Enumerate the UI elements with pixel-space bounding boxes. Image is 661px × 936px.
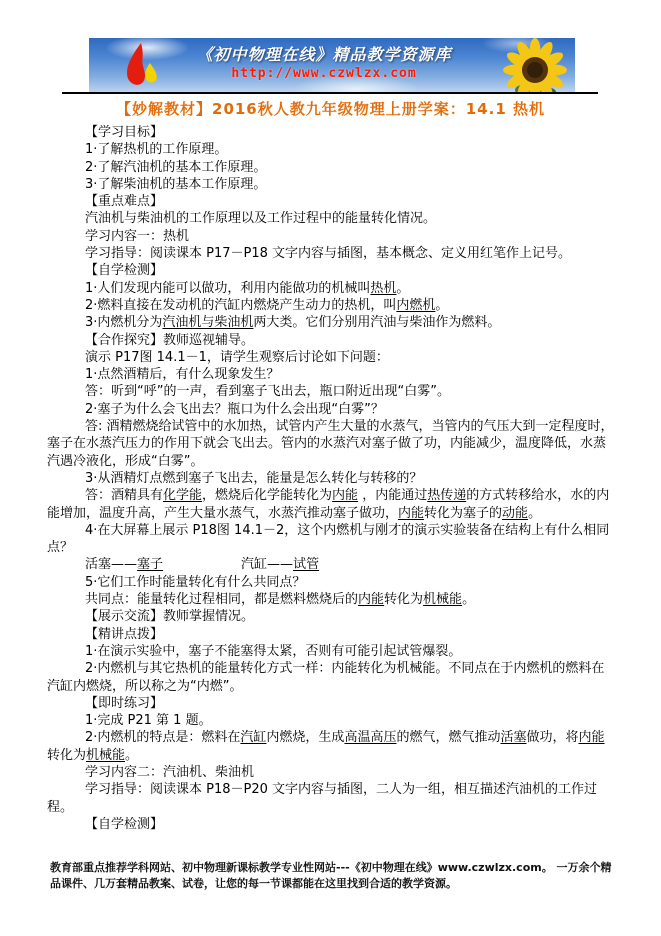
underlined-answer: 机械能 bbox=[423, 592, 462, 607]
text-segment: 3·内燃机分为 bbox=[85, 315, 162, 330]
paragraph: 演示 P17图 14.1－1，请学生观察后讨论如下问题： bbox=[47, 349, 614, 366]
text-segment: 2·了解汽油机的基本工作原理。 bbox=[85, 160, 266, 175]
text-segment: 【学习目标】 bbox=[85, 125, 163, 140]
paragraph: 学习指导：阅读课本 P18－P20 文字内容与插图，二人为一组，相互描述汽油机的… bbox=[47, 781, 614, 816]
underlined-answer: 热传递 bbox=[427, 488, 466, 503]
text-segment: 。 bbox=[528, 506, 541, 521]
paragraph: 3·从酒精灯点燃到塞子飞出去，能量是怎么转化与转移的？ bbox=[47, 470, 614, 487]
text-segment: 1·完成 P21 第 1 题。 bbox=[85, 713, 212, 728]
horizontal-rule bbox=[62, 92, 598, 94]
paragraph: 【精讲点拨】 bbox=[47, 626, 614, 643]
text-segment: 答：酒精具有 bbox=[85, 488, 163, 503]
paragraph: 学习指导：阅读课本 P17－P18 文字内容与插图，基本概念、定义用红笔作上记号… bbox=[47, 245, 614, 262]
paragraph: 2·燃料直接在发动机的汽缸内燃烧产生动力的热机，叫内燃机。 bbox=[47, 297, 614, 314]
text-segment: 做功，将 bbox=[526, 730, 578, 745]
paragraph: 2·内燃机与其它热机的能量转化方式一样：内能转化为机械能。不同点在于内燃机的燃料… bbox=[47, 660, 614, 695]
underlined-answer: 机械能 bbox=[86, 748, 125, 763]
text-segment: 。 bbox=[396, 281, 409, 296]
text-segment: 2·燃料直接在发动机的汽缸内燃烧产生动力的热机，叫 bbox=[85, 298, 396, 313]
paragraph: 【即时练习】 bbox=[47, 695, 614, 712]
page-title: 【妙解教材】2016秋人教九年级物理上册学案：14.1 热机 bbox=[0, 98, 661, 119]
underlined-answer: 活塞 bbox=[500, 730, 526, 745]
underlined-answer: 高温高压 bbox=[344, 730, 396, 745]
text-segment: 内燃烧，生成 bbox=[266, 730, 344, 745]
site-url[interactable]: http://www.czwlzx.com bbox=[159, 66, 489, 81]
paragraph: 汽油机与柴油机的工作原理以及工作过程中的能量转化情况。 bbox=[47, 210, 614, 227]
text-segment: 转化为塞子的 bbox=[424, 506, 502, 521]
text-segment: 汽油机与柴油机的工作原理以及工作过程中的能量转化情况。 bbox=[85, 211, 436, 226]
text-segment: 5·它们工作时能量转化有什么共同点？ bbox=[85, 575, 305, 590]
text-segment bbox=[163, 557, 241, 572]
text-segment: 转化为 bbox=[47, 748, 86, 763]
paragraph: 共同点：能量转化过程相同，都是燃料燃烧后的内能转化为机械能。 bbox=[47, 591, 614, 608]
paragraph: 1·在演示实验中，塞子不能塞得太紧，否则有可能引起试管爆裂。 bbox=[47, 643, 614, 660]
text-segment: 2·塞子为什么会飞出去？瓶口为什么会出现“白雾”？ bbox=[85, 402, 384, 417]
paragraph: 答：听到“呼”的一声，看到塞子飞出去，瓶口附近出现“白雾”。 bbox=[47, 383, 614, 400]
text-segment: 1·人们发现内能可以做功，利用内能做功的机械叫 bbox=[85, 281, 370, 296]
text-segment: 3·了解柴油机的基本工作原理。 bbox=[85, 177, 266, 192]
paragraph: 2·塞子为什么会飞出去？瓶口为什么会出现“白雾”？ bbox=[47, 401, 614, 418]
text-segment: 3·从酒精灯点燃到塞子飞出去，能量是怎么转化与转移的？ bbox=[85, 471, 422, 486]
underlined-answer: 动能 bbox=[502, 506, 528, 521]
paragraph: 2·内燃机的特点是：燃料在汽缸内燃烧，生成高温高压的燃气，燃气推动活塞做功，将内… bbox=[47, 729, 614, 764]
text-segment: 汽缸—— bbox=[241, 557, 293, 572]
underlined-answer: 内能 bbox=[358, 592, 384, 607]
text-segment: 【精讲点拨】 bbox=[85, 627, 163, 642]
underlined-answer: 汽缸 bbox=[240, 730, 266, 745]
underlined-answer: 内燃机 bbox=[396, 298, 435, 313]
text-segment: 共同点：能量转化过程相同，都是燃料燃烧后的 bbox=[85, 592, 358, 607]
paragraph: 【自学检测】 bbox=[47, 262, 614, 279]
text-segment: 1·在演示实验中，塞子不能塞得太紧，否则有可能引起试管爆裂。 bbox=[85, 644, 461, 659]
paragraph: 【自学检测】 bbox=[47, 816, 614, 833]
paragraph: 5·它们工作时能量转化有什么共同点？ bbox=[47, 574, 614, 591]
underlined-answer: 塞子 bbox=[137, 557, 163, 572]
paragraph: 【合作探究】教师巡视辅导。 bbox=[47, 332, 614, 349]
paragraph: 1·完成 P21 第 1 题。 bbox=[47, 712, 614, 729]
text-segment: 转化为 bbox=[384, 592, 423, 607]
document-body: 【学习目标】1·了解热机的工作原理。2·了解汽油机的基本工作原理。3·了解柴油机… bbox=[47, 124, 614, 833]
paragraph: 【重点难点】 bbox=[47, 193, 614, 210]
text-segment: 【重点难点】 bbox=[85, 194, 163, 209]
text-segment: ，内能通过 bbox=[358, 488, 427, 503]
underlined-answer: 试管 bbox=[293, 557, 319, 572]
paragraph: 答: 酒精燃烧给试管中的水加热，试管内产生大量的水蒸气，当管内的气压大到一定程度… bbox=[47, 418, 614, 470]
page-footer: 教育部重点推荐学科网站、初中物理新课标教学专业性网站---《初中物理在线》www… bbox=[50, 860, 612, 892]
text-segment: 学习指导：阅读课本 P18－P20 文字内容与插图，二人为一组，相互描述汽油机的… bbox=[47, 782, 597, 814]
paragraph: 1·人们发现内能可以做功，利用内能做功的机械叫热机。 bbox=[47, 280, 614, 297]
text-segment: 活塞—— bbox=[85, 557, 137, 572]
text-segment: 学习内容一：热机 bbox=[85, 229, 189, 244]
text-segment: 2·内燃机与其它热机的能量转化方式一样：内能转化为机械能。不同点在于内燃机的燃料… bbox=[47, 661, 604, 693]
text-segment: 1·点然酒精后，有什么现象发生？ bbox=[85, 367, 279, 382]
paragraph: 【展示交流】教师掌握情况。 bbox=[47, 608, 614, 625]
paragraph: 活塞——塞子 汽缸——试管 bbox=[47, 556, 614, 573]
paragraph: 学习内容二：汽油机、柴油机 bbox=[47, 764, 614, 781]
underlined-answer: 内能 bbox=[332, 488, 358, 503]
underlined-answer: 化学能 bbox=[163, 488, 202, 503]
underlined-answer: 热机 bbox=[370, 281, 396, 296]
paragraph: 1·点然酒精后，有什么现象发生？ bbox=[47, 366, 614, 383]
text-segment: 演示 P17图 14.1－1，请学生观察后讨论如下问题： bbox=[85, 350, 389, 365]
paragraph: 3·内燃机分为汽油机与柴油机两大类。它们分别用汽油与柴油作为燃料。 bbox=[47, 314, 614, 331]
text-segment: 1·了解热机的工作原理。 bbox=[85, 142, 227, 157]
underlined-answer: 内能 bbox=[579, 730, 605, 745]
text-segment: 两大类。它们分别用汽油与柴油作为燃料。 bbox=[253, 315, 500, 330]
text-segment: 学习内容二：汽油机、柴油机 bbox=[85, 765, 254, 780]
sunflower-icon bbox=[497, 38, 575, 92]
underlined-answer: 汽油机与柴油机 bbox=[162, 315, 253, 330]
text-segment: 【合作探究】教师巡视辅导。 bbox=[85, 333, 254, 348]
text-segment: ，燃烧后化学能转化为 bbox=[202, 488, 332, 503]
text-segment: 。 bbox=[125, 748, 138, 763]
site-banner: 《初中物理在线》精品教学资源库 http://www.czwlzx.com bbox=[89, 38, 575, 92]
text-segment: 答: 酒精燃烧给试管中的水加热，试管内产生大量的水蒸气，当管内的气压大到一定程度… bbox=[47, 419, 614, 469]
document-page: 《初中物理在线》精品教学资源库 http://www.czwlzx.com bbox=[0, 0, 661, 936]
text-segment: 学习指导：阅读课本 P17－P18 文字内容与插图，基本概念、定义用红笔作上记号… bbox=[85, 246, 571, 261]
text-segment: 2·内燃机的特点是：燃料在 bbox=[85, 730, 240, 745]
text-segment: 。 bbox=[462, 592, 475, 607]
paragraph: 学习内容一：热机 bbox=[47, 228, 614, 245]
text-segment: 答：听到“呼”的一声，看到塞子飞出去，瓶口附近出现“白雾”。 bbox=[85, 384, 450, 399]
text-segment: 【即时练习】 bbox=[85, 696, 163, 711]
text-segment: 4·在大屏幕上展示 P18图 14.1－2，这个内燃机与刚才的演示实验装备在结构… bbox=[47, 523, 609, 555]
paragraph: 4·在大屏幕上展示 P18图 14.1－2，这个内燃机与刚才的演示实验装备在结构… bbox=[47, 522, 614, 557]
paragraph: 1·了解热机的工作原理。 bbox=[47, 141, 614, 158]
site-title: 《初中物理在线》精品教学资源库 bbox=[159, 42, 489, 65]
banner-text-block: 《初中物理在线》精品教学资源库 http://www.czwlzx.com bbox=[159, 42, 489, 81]
text-segment: 【自学检测】 bbox=[85, 817, 163, 832]
paragraph: 【学习目标】 bbox=[47, 124, 614, 141]
underlined-answer: 内能 bbox=[398, 506, 424, 521]
paragraph: 2·了解汽油机的基本工作原理。 bbox=[47, 159, 614, 176]
text-segment: 。 bbox=[435, 298, 448, 313]
text-segment: 【自学检测】 bbox=[85, 263, 163, 278]
text-segment: 【展示交流】教师掌握情况。 bbox=[85, 609, 254, 624]
text-segment: 的燃气，燃气推动 bbox=[396, 730, 500, 745]
paragraph: 答：酒精具有化学能，燃烧后化学能转化为内能 ，内能通过热传递的方式转移给水，水的… bbox=[47, 487, 614, 522]
paragraph: 3·了解柴油机的基本工作原理。 bbox=[47, 176, 614, 193]
